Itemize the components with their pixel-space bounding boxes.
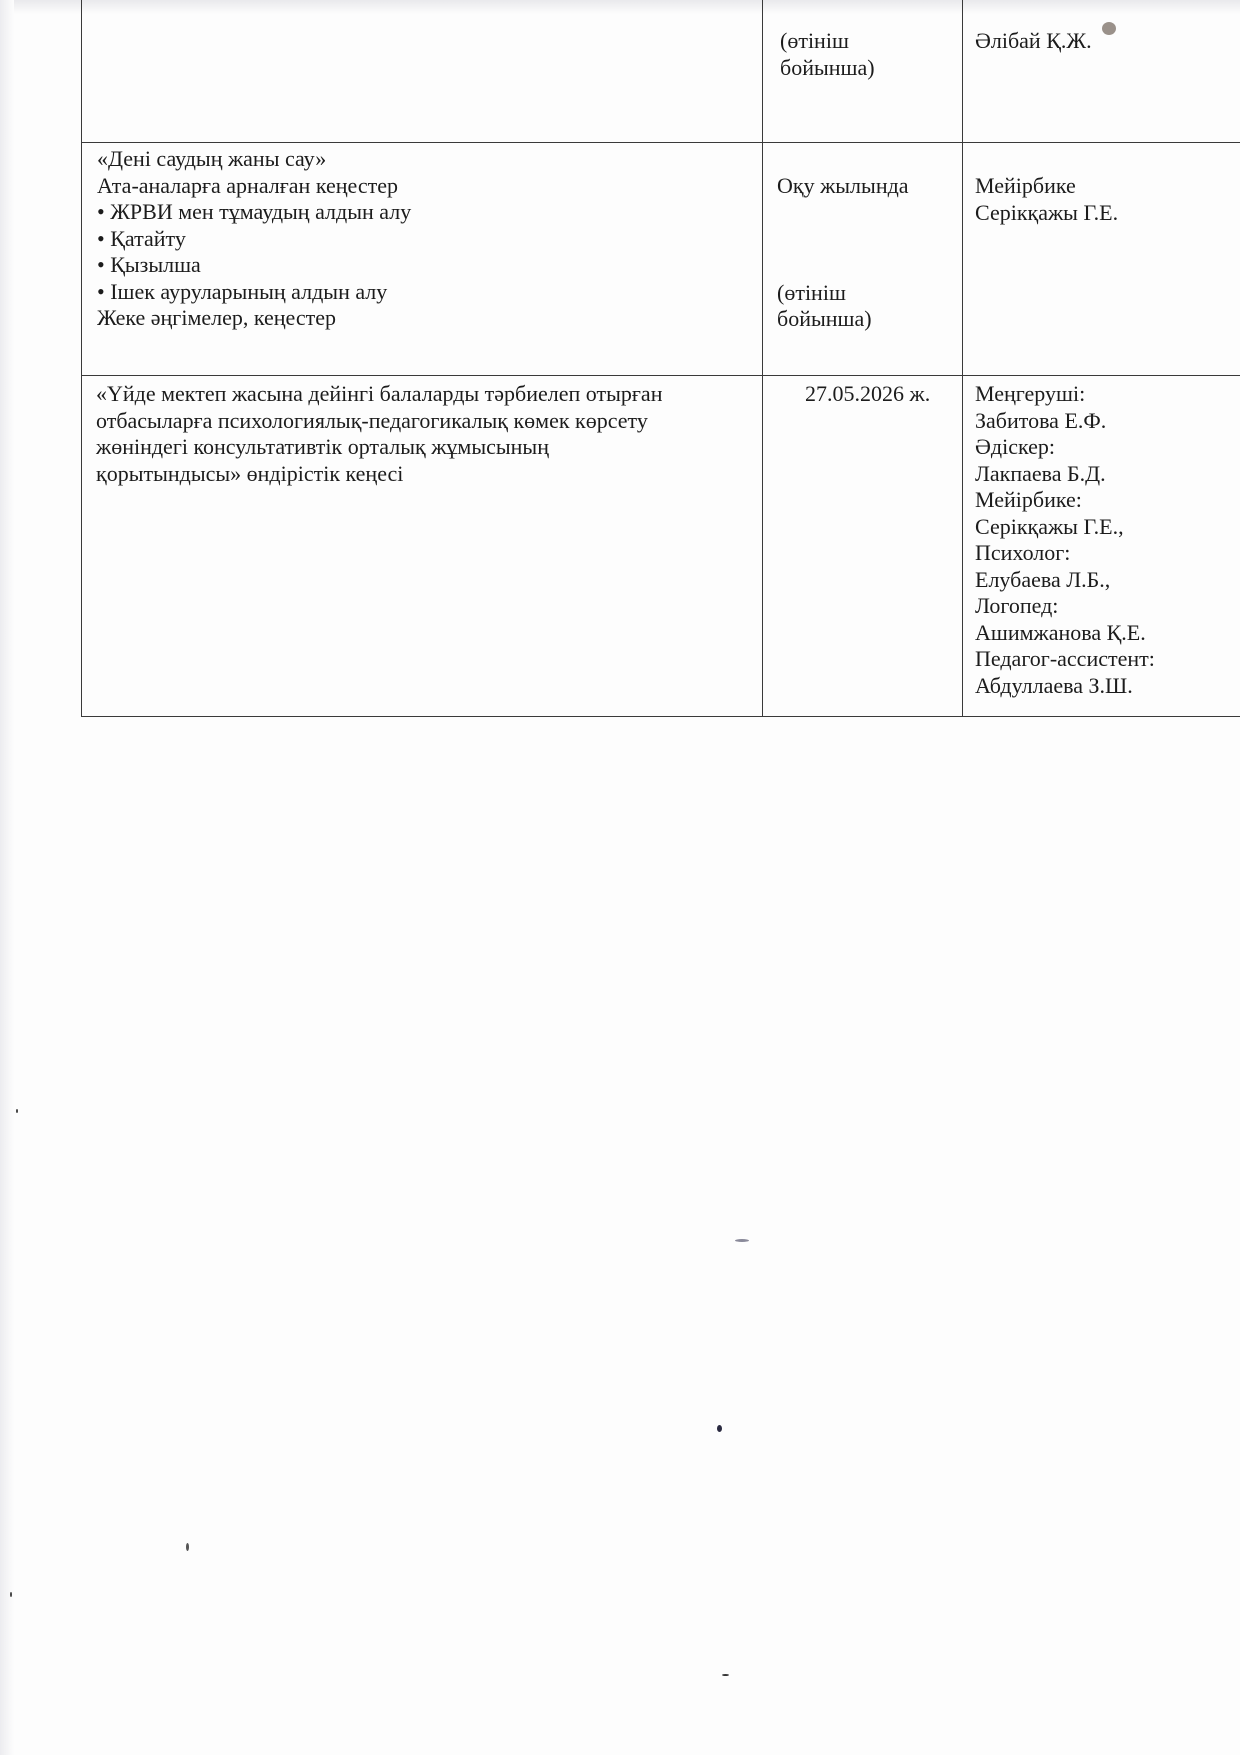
cell-line: Мейірбике: bbox=[975, 487, 1240, 514]
cell-line: Мейірбике bbox=[975, 173, 1240, 200]
cell-line: Забитова Е.Ф. bbox=[975, 408, 1240, 435]
cell-line: • ЖРВИ мен тұмаудың алдын алу bbox=[97, 199, 762, 226]
cell-line: Елубаева Л.Б., bbox=[975, 567, 1240, 594]
responsible-cell: Меңгеруші:Забитова Е.Ф.Әдіскер:Лакпаева … bbox=[963, 376, 1240, 717]
scan-speck bbox=[735, 1239, 749, 1242]
cell-line: Логопед: bbox=[975, 593, 1240, 620]
cell-line: Педагог-ассистент: bbox=[975, 646, 1240, 673]
cell-gap bbox=[777, 200, 962, 280]
cell-line: Психолог: bbox=[975, 540, 1240, 567]
scan-speck bbox=[16, 1109, 18, 1113]
event-text: «Дені саудың жаны сау»Ата-аналарға арнал… bbox=[82, 143, 762, 332]
cell-line: Ашимжанова Қ.Е. bbox=[975, 620, 1240, 647]
event-cell bbox=[82, 0, 763, 143]
cell-line: Серікқажы Г.Е. bbox=[975, 200, 1240, 227]
table-row: (өтінішбойынша) Әлібай Қ.Ж. bbox=[82, 0, 1240, 143]
responsible-text: Әлібай Қ.Ж. bbox=[963, 0, 1240, 55]
cell-line: Лакпаева Б.Д. bbox=[975, 461, 1240, 488]
timing-cell: Оқу жылында (өтінішбойынша) bbox=[763, 143, 963, 376]
table-row: «Дені саудың жаны сау»Ата-аналарға арнал… bbox=[82, 143, 1240, 376]
cell-line: • Ішек ауруларының алдын алу bbox=[97, 279, 762, 306]
timing-cell: (өтінішбойынша) bbox=[763, 0, 963, 143]
cell-line: қорытындысы» өндірістік кеңесі bbox=[96, 461, 762, 488]
cell-line: «Үйде мектеп жасына дейінгі балаларды тә… bbox=[96, 381, 762, 408]
scan-speck bbox=[722, 1674, 729, 1676]
event-text: «Үйде мектеп жасына дейінгі балаларды тә… bbox=[82, 376, 762, 487]
scan-speck bbox=[717, 1425, 722, 1432]
cell-line: (өтініш bbox=[780, 28, 962, 55]
timing-text: Оқу жылында (өтінішбойынша) bbox=[763, 143, 962, 333]
cell-line: «Дені саудың жаны сау» bbox=[97, 146, 762, 173]
cell-line: Ата-аналарға арналған кеңестер bbox=[97, 173, 762, 200]
event-cell: «Дені саудың жаны сау»Ата-аналарға арнал… bbox=[82, 143, 763, 376]
cell-line: • Қызылша bbox=[97, 252, 762, 279]
scan-speck bbox=[10, 1592, 12, 1597]
responsible-cell: Әлібай Қ.Ж. bbox=[963, 0, 1240, 143]
cell-line: Әдіскер: bbox=[975, 434, 1240, 461]
scan-left-edge bbox=[0, 0, 14, 1755]
plan-table: (өтінішбойынша) Әлібай Қ.Ж. «Дені саудың… bbox=[81, 0, 1240, 717]
cell-line: (өтініш bbox=[777, 280, 962, 307]
responsible-text: МейірбикеСерікқажы Г.Е. bbox=[963, 143, 1240, 226]
cell-line: жөніндегі консультативтік орталық жұмысы… bbox=[96, 434, 762, 461]
responsible-cell: МейірбикеСерікқажы Г.Е. bbox=[963, 143, 1240, 376]
cell-line: 27.05.2026 ж. bbox=[805, 381, 962, 408]
cell-line: Меңгеруші: bbox=[975, 381, 1240, 408]
cell-line: Әлібай Қ.Ж. bbox=[975, 28, 1240, 55]
table-row: «Үйде мектеп жасына дейінгі балаларды тә… bbox=[82, 376, 1240, 717]
timing-text: 27.05.2026 ж. bbox=[763, 376, 962, 408]
cell-line: бойынша) bbox=[780, 55, 962, 82]
cell-line: Оқу жылында bbox=[777, 173, 962, 200]
scan-speck bbox=[186, 1543, 189, 1551]
cell-line: Абдуллаева З.Ш. bbox=[975, 673, 1240, 700]
cell-line: бойынша) bbox=[777, 306, 962, 333]
responsible-text: Меңгеруші:Забитова Е.Ф.Әдіскер:Лакпаева … bbox=[963, 376, 1240, 699]
timing-cell: 27.05.2026 ж. bbox=[763, 376, 963, 717]
event-cell: «Үйде мектеп жасына дейінгі балаларды тә… bbox=[82, 376, 763, 717]
cell-line: Серікқажы Г.Е., bbox=[975, 514, 1240, 541]
cell-line: Жеке әңгімелер, кеңестер bbox=[97, 305, 762, 332]
cell-line: • Қатайту bbox=[97, 226, 762, 253]
cell-line: отбасыларға психологиялық-педагогикалық … bbox=[96, 408, 762, 435]
timing-text: (өтінішбойынша) bbox=[763, 0, 962, 81]
